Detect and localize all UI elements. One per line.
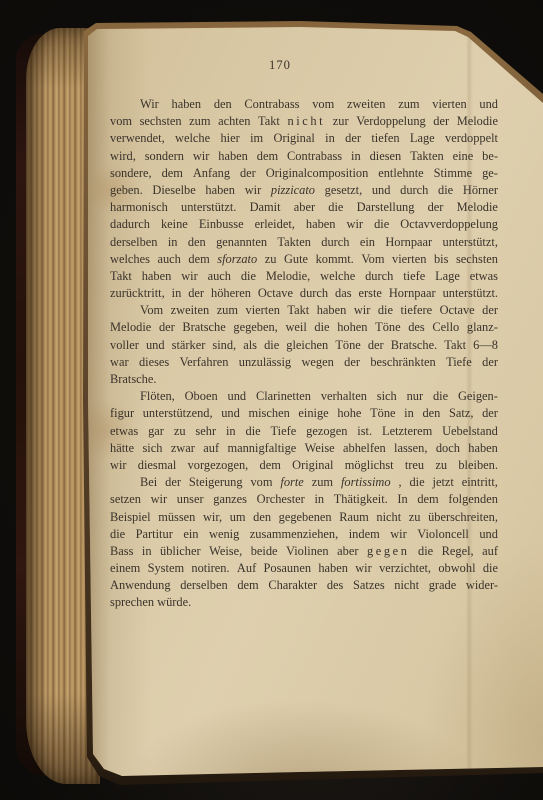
text-word: beide <box>251 543 278 560</box>
text-word: Anfang <box>193 165 230 182</box>
text-word: auch <box>208 268 231 285</box>
text-line: zurücktritt,inderhöherenOctavedurchdaser… <box>110 285 498 302</box>
text-word: verhalten <box>321 388 367 405</box>
text-word: die <box>314 319 329 336</box>
text-word: Tiefe <box>271 423 297 440</box>
text-word: Tiefe <box>446 354 472 371</box>
text-word: Vom <box>361 251 384 268</box>
text-word: abhelfen <box>343 440 386 457</box>
text-word: zu <box>265 251 277 268</box>
text-word: Takten <box>410 148 444 165</box>
text-word: zu <box>174 423 186 440</box>
text-word: war <box>110 354 129 371</box>
text-line: vomsechstenzumachtenTaktnichtzurVerdoppe… <box>110 113 498 130</box>
text-word: gar <box>148 423 164 440</box>
text-line: diePartitureinwenigzusammenziehen,indemw… <box>110 526 498 543</box>
text-word: und <box>479 526 498 543</box>
text-word: Original <box>292 457 333 474</box>
text-word: durch <box>365 268 393 285</box>
text-word: der <box>188 285 204 302</box>
text-word: dadurch <box>110 216 150 233</box>
text-word: Takten <box>277 234 311 251</box>
text-word: die <box>483 560 498 577</box>
text-word: Posaunen <box>264 560 312 577</box>
text-line: WirhabendenContrabassvomzweitenzumvierte… <box>110 96 498 113</box>
text-word: wider- <box>466 577 498 594</box>
text-word: unser <box>177 491 204 508</box>
text-word: den <box>422 405 440 422</box>
text-word: Takt <box>110 268 132 285</box>
text-word: Stimme <box>434 165 473 182</box>
paragraph: BeiderSteigerungvomfortezumfortissimo,di… <box>110 474 498 612</box>
text-word: wir <box>181 268 198 285</box>
text-block: WirhabendenContrabassvomzweitenzumvierte… <box>110 96 498 612</box>
text-word: nicht <box>376 509 401 526</box>
text-word: Melodie, <box>266 268 310 285</box>
text-word: Satzes <box>353 577 385 594</box>
text-word: und <box>479 96 498 113</box>
text-word: üblicher <box>160 543 201 560</box>
text-line: TakthabenwirauchdieMelodie,welchedurchti… <box>110 268 498 285</box>
text-word: hohe <box>337 405 361 422</box>
text-word: wir <box>193 148 210 165</box>
text-word: des <box>327 577 344 594</box>
text-word: einem <box>110 560 140 577</box>
text-word: den <box>214 96 232 113</box>
text-word: Octave <box>258 285 293 302</box>
text-word: verwendet, <box>110 130 165 147</box>
text-word: höheren <box>211 285 251 302</box>
text-word: der <box>344 354 360 371</box>
text-line: VomzweitenzumviertenTakthabenwirdietiefe… <box>110 302 498 319</box>
text-word: notiren. <box>191 560 229 577</box>
text-word: in <box>351 148 361 165</box>
text-word: Beispiel <box>110 509 151 526</box>
text-word: vierten <box>246 302 280 319</box>
text-word: dem <box>417 491 438 508</box>
text-word: Weise, <box>209 543 242 560</box>
text-word: wir <box>347 216 364 233</box>
text-word: Melodie <box>110 319 151 336</box>
text-word: Bratsche. <box>391 337 437 354</box>
text-word: der <box>428 199 444 216</box>
text-word: diesmal <box>138 457 177 474</box>
text-word: vom <box>312 96 334 113</box>
text-word: dem <box>257 148 278 165</box>
text-word: die <box>433 388 448 405</box>
text-word: zusammenziehen, <box>250 526 338 543</box>
text-line: wirdiesmalvorgezogen,demOriginalmöglichs… <box>110 457 498 474</box>
text-word: möglichst <box>345 457 394 474</box>
text-word: glanz- <box>467 319 498 336</box>
text-word: unzulässig <box>239 354 291 371</box>
text-word: Hornpaar <box>385 234 432 251</box>
text-word: welche <box>175 130 210 147</box>
text-word: Vom <box>140 302 163 319</box>
text-word: sprechen würde. <box>110 595 191 609</box>
text-word: entlehnte <box>378 165 423 182</box>
text-word: wir <box>355 560 372 577</box>
text-word: die <box>438 182 453 199</box>
text-word: Melodie <box>457 113 498 130</box>
text-word: 6—8 <box>473 337 498 354</box>
text-word: Orchester <box>257 491 305 508</box>
text-word: haben <box>317 302 347 319</box>
text-word: obwohl <box>438 560 475 577</box>
text-line: sprechen würde. <box>110 594 498 611</box>
text-word: in <box>168 234 178 251</box>
text-word: In <box>397 491 407 508</box>
text-word: zum <box>189 113 210 130</box>
text-word: treu <box>405 457 424 474</box>
text-word: tiefen <box>371 130 399 147</box>
text-word: die <box>328 199 343 216</box>
text-word: die <box>374 216 389 233</box>
text-word: vierten <box>392 251 426 268</box>
text-word: mischen <box>248 405 289 422</box>
text-word: grade <box>429 577 457 594</box>
text-word: bis <box>434 251 448 268</box>
text-word: verzichtet, <box>379 560 431 577</box>
text-word: den <box>188 234 206 251</box>
text-word: in <box>325 130 335 147</box>
text-word: dem <box>188 251 209 268</box>
text-word: wir <box>390 526 407 543</box>
text-word: unterstützend, <box>143 405 213 422</box>
text-word: sechsten <box>140 113 182 130</box>
text-word: als <box>243 337 257 354</box>
text-word: Steigerung <box>189 474 243 491</box>
text-word: unterstützt, <box>443 234 498 251</box>
text-word: haben <box>318 560 348 577</box>
text-word: die <box>246 423 261 440</box>
text-word: Flöten, <box>140 388 175 405</box>
spaced-text: nicht <box>287 113 325 130</box>
text-word: aber <box>294 199 315 216</box>
text-word: Töne <box>370 405 395 422</box>
text-word: lassen, <box>394 440 427 457</box>
text-word: die <box>418 543 433 560</box>
text-word: erste <box>359 285 382 302</box>
text-word: um <box>230 509 246 526</box>
text-word: wir <box>110 457 127 474</box>
text-word: Lage <box>410 130 435 147</box>
text-word: der <box>368 337 384 354</box>
text-word: jetzt <box>433 474 454 491</box>
text-word: das <box>335 285 352 302</box>
text-word: Regel, <box>442 543 474 560</box>
text-word: gesetzt, <box>325 182 363 199</box>
text-word: zum <box>398 96 419 113</box>
text-line: einemSystemnotiren.AufPosaunenhabenwirve… <box>110 560 498 577</box>
text-word: Anwendung <box>110 577 171 594</box>
italic-text: forte <box>280 474 303 491</box>
text-word: be- <box>482 148 498 165</box>
text-word: gegebenen <box>279 509 332 526</box>
text-word: haben <box>306 216 336 233</box>
text-word: auch <box>157 251 180 268</box>
text-word: keine <box>161 216 188 233</box>
text-word: in <box>314 491 324 508</box>
text-word: die <box>409 474 424 491</box>
paragraph: Flöten,OboenundClarinettenverhaltensichn… <box>110 388 498 474</box>
text-word: Hornpaar <box>389 285 436 302</box>
text-word: Bei <box>140 474 157 491</box>
text-line: setzenwirunserganzesOrchesterinThätigkei… <box>110 491 498 508</box>
text-word: Violinen <box>286 543 329 560</box>
text-word: Violoncell <box>417 526 469 543</box>
text-word: dem <box>162 165 183 182</box>
text-word: überschreiten, <box>428 509 498 526</box>
text-word: haben <box>205 182 235 199</box>
text-word: der <box>165 474 181 491</box>
text-word: etwas <box>110 423 138 440</box>
text-word: Raum <box>339 509 369 526</box>
text-word: der <box>159 319 175 336</box>
text-word: Töne <box>335 337 360 354</box>
text-word: vierten <box>432 96 466 113</box>
text-word: eine <box>453 148 474 165</box>
text-word: wir, <box>203 509 222 526</box>
text-word: Takt <box>258 113 280 130</box>
text-word: sich <box>377 388 397 405</box>
text-word: hier <box>220 130 239 147</box>
text-word: doch <box>436 440 460 457</box>
page-number: 170 <box>110 58 498 73</box>
text-word: nur <box>407 388 424 405</box>
text-line: Beispielmüssenwir,umdengegebenenRaumnich… <box>110 509 498 526</box>
text-word: Original <box>274 130 315 147</box>
text-word: durch <box>300 285 328 302</box>
text-word: Takt <box>444 337 466 354</box>
text-word: auf <box>203 440 219 457</box>
text-word: Uebelstand <box>442 423 498 440</box>
text-word: durch <box>321 234 349 251</box>
text-word: Verfahren <box>180 354 229 371</box>
text-word: in <box>172 285 182 302</box>
text-word: Oboen <box>185 388 218 405</box>
italic-text: sforzato <box>217 251 257 268</box>
text-word: hohen <box>337 319 367 336</box>
paragraph: VomzweitenzumviertenTakthabenwirdietiefe… <box>110 302 498 388</box>
text-word: wir <box>245 182 262 199</box>
text-word: beschränkten <box>370 354 435 371</box>
photo-background: 170 WirhabendenContrabassvomzweitenzumvi… <box>0 0 543 800</box>
text-line: BeiderSteigerungvomfortezumfortissimo,di… <box>110 474 498 491</box>
text-word: mannigfaltige <box>227 440 296 457</box>
text-line: sondere,demAnfangderOriginalcompositione… <box>110 165 498 182</box>
text-word: welches <box>110 251 150 268</box>
text-line: Flöten,OboenundClarinettenverhaltensichn… <box>110 388 498 405</box>
text-word: haben <box>172 96 202 113</box>
text-line: AnwendungderselbendemCharakterdesSatzesn… <box>110 577 498 594</box>
text-word: zum <box>217 302 238 319</box>
text-word: Partitur <box>136 526 173 543</box>
text-word: und <box>221 405 240 422</box>
text-word: welche <box>320 268 355 285</box>
text-line: derselbenindengenanntenTaktendurcheinHor… <box>110 234 498 251</box>
text-line: harmonischunterstützt.DamitaberdieDarste… <box>110 199 498 216</box>
text-word: sondern <box>145 148 184 165</box>
text-word: etwas <box>470 268 498 285</box>
text-word: erleidet, <box>255 216 295 233</box>
text-word: derselben <box>110 234 157 251</box>
text-word: zu <box>409 509 421 526</box>
text-line: verwendet,welchehierimOriginalindertiefe… <box>110 130 498 147</box>
text-word: ein <box>183 526 198 543</box>
text-word: Auf <box>237 560 256 577</box>
text-word: auf <box>482 543 498 560</box>
text-word: sehr <box>195 423 216 440</box>
text-line: wird,sondernwirhabendemContrabassindiese… <box>110 148 498 165</box>
text-word: zweiten <box>171 302 210 319</box>
text-word: folgenden <box>448 491 498 508</box>
text-word: Lage <box>435 268 460 285</box>
text-word: Damit <box>250 199 281 216</box>
text-word: des <box>408 319 425 336</box>
text-word: verdoppelt <box>445 130 498 147</box>
text-word: der <box>482 405 498 422</box>
text-word: genannten <box>216 234 267 251</box>
text-word: und <box>228 388 247 405</box>
text-word: wenig <box>209 526 239 543</box>
text-word: zum <box>312 474 333 491</box>
text-word: wir <box>354 302 371 319</box>
text-line: hättesichzwaraufmannigfaltigeWeiseabhelf… <box>110 440 498 457</box>
text-word: Charakter <box>268 577 317 594</box>
text-word: im <box>250 130 263 147</box>
text-word: dieses <box>139 354 169 371</box>
text-line: Bratsche. <box>110 371 498 388</box>
text-word: dem <box>260 457 281 474</box>
text-word: wird, <box>110 148 136 165</box>
text-word: dem <box>237 577 258 594</box>
text-word: vorgezogen, <box>188 457 249 474</box>
text-line: vollerundstärkersind,alsdiegleichenTöned… <box>110 337 498 354</box>
text-word: in <box>404 405 414 422</box>
text-word: bleiben. <box>458 457 498 474</box>
text-word: haben <box>468 440 498 457</box>
text-word: Weise <box>305 440 335 457</box>
text-word: Darstellung <box>357 199 415 216</box>
text-word: haben <box>142 268 172 285</box>
text-word: Letzterem <box>382 423 432 440</box>
text-word: gleichen <box>286 337 328 354</box>
text-word: ge- <box>482 165 498 182</box>
text-word: in <box>142 543 152 560</box>
text-word: Originalcomposition <box>266 165 369 182</box>
text-word: geben. <box>110 182 143 199</box>
text-word: unterstützt. <box>443 285 498 302</box>
text-line: wardiesesVerfahrenunzulässigwegenderbesc… <box>110 354 498 371</box>
text-word: figur <box>110 405 134 422</box>
text-word: sind, <box>212 337 236 354</box>
italic-text: fortissimo <box>341 474 391 491</box>
text-word: Bratsche. <box>110 372 156 386</box>
text-word: nicht <box>394 577 419 594</box>
text-word: sechsten <box>456 251 498 268</box>
text-word: achten <box>218 113 250 130</box>
spaced-text: gegen <box>367 543 410 560</box>
text-word: setzen <box>110 491 141 508</box>
text-word: Dieselbe <box>152 182 195 199</box>
text-word: den <box>253 509 271 526</box>
text-word: sich <box>142 440 162 457</box>
text-word: die <box>241 268 256 285</box>
text-word: Contrabass <box>244 96 299 113</box>
text-word: weil <box>285 319 306 336</box>
text-word: Octavverdoppelung <box>400 216 498 233</box>
text-word: Takt <box>287 302 309 319</box>
text-word: der <box>345 130 361 147</box>
text-word: Satz, <box>449 405 473 422</box>
text-word: einige <box>298 405 328 422</box>
text-word: wegen <box>301 354 333 371</box>
text-word: Bass <box>110 543 133 560</box>
text-line: figurunterstützend,undmischeneinigehoheT… <box>110 405 498 422</box>
text-word: , <box>398 474 401 491</box>
text-word: sondere, <box>110 165 152 182</box>
text-word: Töne <box>375 319 400 336</box>
text-word: Gute <box>284 251 308 268</box>
text-word: Geigen- <box>458 388 498 405</box>
text-word: wir <box>151 491 168 508</box>
text-line: geben.Dieselbehabenwirpizzicatogesetzt,u… <box>110 182 498 199</box>
text-word: hätte <box>110 440 134 457</box>
text-word: zur <box>333 113 349 130</box>
text-word: und <box>372 182 391 199</box>
text-word: der <box>482 354 498 371</box>
text-word: Contrabass <box>287 148 342 165</box>
text-word: der <box>240 165 256 182</box>
text-word: diesen <box>370 148 402 165</box>
text-word: voller <box>110 337 139 354</box>
text-word: zurücktritt, <box>110 285 165 302</box>
text-word: müssen <box>158 509 195 526</box>
text-word: haben <box>218 148 248 165</box>
text-word: ist. <box>357 423 372 440</box>
text-word: und <box>146 337 165 354</box>
text-word: Cello <box>432 319 459 336</box>
text-word: Bratsche <box>182 319 225 336</box>
text-word: Clarinetten <box>256 388 311 405</box>
paragraph: WirhabendenContrabassvomzweitenzumvierte… <box>110 96 498 302</box>
text-word: durch <box>400 182 428 199</box>
text-word: zu <box>435 457 447 474</box>
text-line: welchesauchdemsforzatozuGutekommt.Vomvie… <box>110 251 498 268</box>
text-word: gezogen <box>306 423 347 440</box>
text-word: indem <box>349 526 380 543</box>
text-word: die <box>110 526 125 543</box>
text-word: der <box>433 113 449 130</box>
text-word: aber <box>337 543 358 560</box>
text-word: Verdoppelung <box>356 113 426 130</box>
text-word: eintritt, <box>462 474 498 491</box>
text-word: Hörner <box>463 182 498 199</box>
text-line: etwasgarzusehrindieTiefegezogenist.Letzt… <box>110 423 498 440</box>
text-word: System <box>148 560 185 577</box>
text-word: unterstützt. <box>181 199 236 216</box>
text-word: Einbusse <box>199 216 244 233</box>
italic-text: pizzicato <box>271 182 315 199</box>
text-word: in <box>226 423 236 440</box>
text-word: gegeben, <box>233 319 277 336</box>
text-word: kommt. <box>316 251 354 268</box>
text-word: vom <box>250 474 272 491</box>
text-word: zwar <box>171 440 195 457</box>
text-word: stärker <box>172 337 206 354</box>
text-word: Octave <box>440 302 475 319</box>
